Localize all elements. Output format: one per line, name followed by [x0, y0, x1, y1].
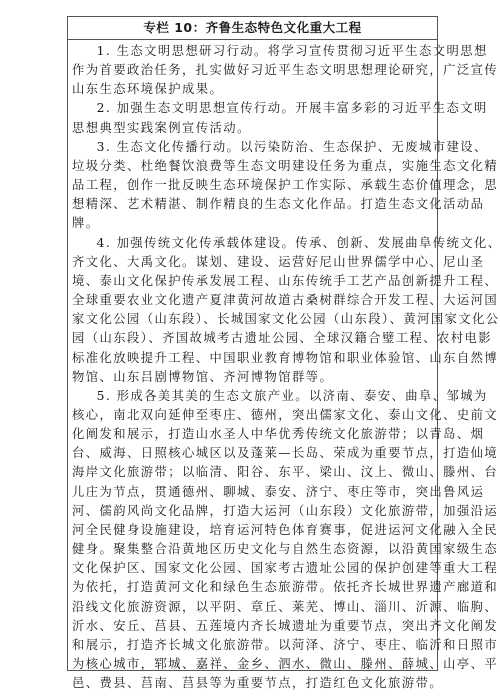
text-line: 品工程，创作一批反映生态环境保护工作实际、承载生态价值理念，思	[47, 176, 433, 195]
text-line: 沿线文化旅游资源，以平阴、章丘、莱芜、博山、淄川、沂源、临朐、	[47, 598, 433, 617]
text-line: 河、儒韵风尚文化品牌，打造大运河（山东段）文化旅游带，加强沿运	[47, 502, 433, 521]
box-title: 专栏 10：齐鲁生态特色文化重大工程	[68, 17, 437, 40]
text-line: 2. 加强生态文明思想宣传行动。开展丰富多彩的习近平生态文明	[72, 99, 433, 118]
text-line: 思想典型实践案例宣传活动。	[47, 119, 433, 138]
text-line: 齐文化、大禹文化。谋划、建设、运营好尼山世界儒学中心、尼山圣	[47, 253, 433, 272]
text-line: 垃圾分类、杜绝餐饮浪费等生态文明建设任务为重点，实施生态文化精	[47, 157, 433, 176]
text-line: 3. 生态文化传播行动。以污染防治、生态保护、无废城市建设、	[72, 138, 433, 157]
text-line: 境、泰山文化保护传承发展工程、山东传统手工艺产品创新提升工程、	[47, 272, 433, 291]
feature-box: 专栏 10：齐鲁生态特色文化重大工程 1. 生态文明思想研习行动。将学习宣传贯彻…	[67, 16, 438, 671]
paragraph-2: 2. 加强生态文明思想宣传行动。开展丰富多彩的习近平生态文明思想典型实践案例宣传…	[72, 99, 433, 137]
text-line: 为依托，打造黄河文化和绿色生态旅游带。依托齐长城世界遗产廊道和	[47, 578, 433, 597]
text-line: 海岸文化旅游带；以临清、阳谷、东平、梁山、汶上、微山、滕州、台	[47, 463, 433, 482]
text-line: 邑、费县、莒南、莒县等为重要节点，打造红色文化旅游带。	[47, 674, 433, 693]
text-line: 健身。聚集整合沿黄地区历史文化与自然生态资源，以沿黄国家级生态	[47, 540, 433, 559]
text-line: 4. 加强传统文化传承载体建设。传承、创新、发展曲阜传统文化、	[72, 234, 433, 253]
text-line: 为核心城市，郓城、嘉祥、金乡、泗水、微山、滕州、薛城、山亭、平	[47, 655, 433, 674]
text-line: 标准化放映提升工程、中国职业教育博物馆和职业体验馆、山东自然博	[47, 349, 433, 368]
text-line: 台、威海、日照核心城区以及蓬莱—长岛、荣成为重要节点，打造仙境	[47, 444, 433, 463]
text-line: 山东生态环境保护成果。	[47, 80, 433, 99]
text-line: 想精深、艺术精湛、制作精良的生态文化作品。打造生态文化活动品	[47, 195, 433, 214]
text-line: 园（山东段）、齐国故城考古遗址公园、全球汉籍合璧工程、农村电影	[47, 329, 433, 348]
text-line: 5. 形成各美其美的生态文旅产业。以济南、泰安、曲阜、邹城为	[72, 387, 433, 406]
text-line: 儿庄为节点，贯通德州、聊城、泰安、济宁、枣庄等市，突出鲁风运	[47, 483, 433, 502]
text-line: 1. 生态文明思想研习行动。将学习宣传贯彻习近平生态文明思想	[72, 42, 433, 61]
text-line: 和展示，打造齐长城文化旅游带。以菏泽、济宁、枣庄、临沂和日照市	[47, 636, 433, 655]
text-line: 全球重要农业文化遗产夏津黄河故道古桑树群综合开发工程、大运河国	[47, 291, 433, 310]
box-body: 1. 生态文明思想研习行动。将学习宣传贯彻习近平生态文明思想作为首要政治任务，扎…	[68, 40, 437, 693]
text-line: 沂水、安丘、莒县、五莲境内齐长城遗址为重要节点，突出齐文化阐发	[47, 617, 433, 636]
paragraph-5: 5. 形成各美其美的生态文旅产业。以济南、泰安、曲阜、邹城为核心，南北双向延伸至…	[72, 387, 433, 694]
text-line: 物馆、山东吕剧博物馆、齐河博物馆群等。	[47, 368, 433, 387]
paragraph-3: 3. 生态文化传播行动。以污染防治、生态保护、无废城市建设、垃圾分类、杜绝餐饮浪…	[72, 138, 433, 234]
text-line: 化阐发和展示，打造山水圣人中华优秀传统文化旅游带；以青岛、烟	[47, 425, 433, 444]
text-line: 文化保护区、国家文化公园、国家考古遗址公园的保护创建等重大工程	[47, 559, 433, 578]
text-line: 牌。	[47, 214, 433, 233]
text-line: 河全民健身设施建设，培育运河特色体育赛事，促进运河文化融入全民	[47, 521, 433, 540]
paragraph-1: 1. 生态文明思想研习行动。将学习宣传贯彻习近平生态文明思想作为首要政治任务，扎…	[72, 42, 433, 99]
text-line: 作为首要政治任务，扎实做好习近平生态文明思想理论研究，广泛宣传	[47, 61, 433, 80]
paragraph-4: 4. 加强传统文化传承载体建设。传承、创新、发展曲阜传统文化、齐文化、大禹文化。…	[72, 234, 433, 387]
text-line: 核心，南北双向延伸至枣庄、德州，突出儒家文化、泰山文化、史前文	[47, 406, 433, 425]
text-line: 家文化公园（山东段）、长城国家文化公园（山东段）、黄河国家文化公	[47, 310, 433, 329]
